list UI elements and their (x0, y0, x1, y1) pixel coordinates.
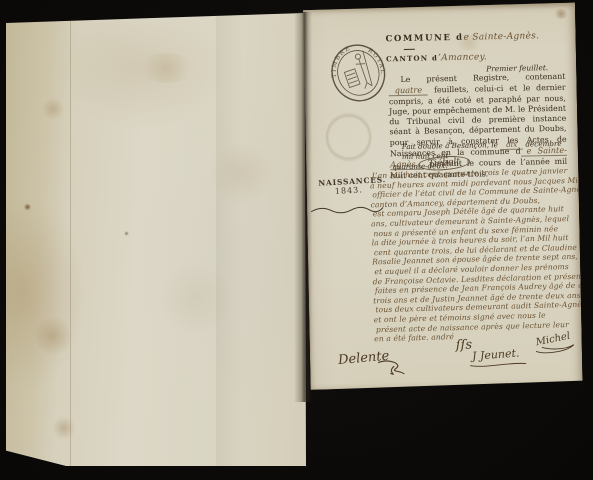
canton-header: CANTON d’Amancey. (386, 52, 487, 64)
stamp-text-timbre: TIMBRE (328, 44, 359, 79)
signature-jeunet-flourish-icon (468, 360, 528, 369)
preamble-part1: Le présent Registre, contenant (400, 72, 565, 84)
commune-label: COMMUNE d (386, 33, 464, 45)
left-blank-page (6, 13, 306, 466)
stain (206, 143, 276, 203)
book-gutter-shadow (294, 12, 312, 402)
canton-handwritten-value: ’Amancey. (438, 52, 487, 63)
stamp-figure-icon (340, 51, 375, 94)
signature-paraph: ſſs (456, 338, 473, 353)
stain (52, 417, 76, 439)
stain (553, 9, 569, 19)
canton-label: CANTON d (386, 53, 438, 63)
dateline-part1: Fait double à Besançon, le (402, 140, 498, 151)
ghost-stamp-stain (325, 111, 372, 164)
stain (36, 313, 70, 359)
stain (40, 99, 66, 119)
stain (156, 263, 236, 333)
stain (24, 203, 31, 211)
svg-text:TIMBRE: TIMBRE (328, 44, 359, 79)
scanned-register-photo: TIMBRE ROYAL COMMUNE de Sainte-Agnès. (0, 0, 593, 480)
stain (124, 231, 129, 236)
register-first-folio-page: TIMBRE ROYAL COMMUNE de Sainte-Agnès. (303, 3, 583, 390)
header-divider (404, 49, 415, 50)
signature-michel-flourish-icon (534, 343, 576, 356)
commune-handwritten-value: e Sainte-Agnès. (463, 31, 539, 43)
timbre-royal-stamp-icon: TIMBRE ROYAL (328, 40, 389, 105)
handwritten-birth-act: L’an Mil huit cent quarante trois le qua… (370, 166, 573, 344)
commune-header: COMMUNE de Sainte-Agnès. (386, 31, 540, 44)
day-handwritten: dix (500, 140, 523, 150)
stain (136, 53, 196, 83)
signature-delente-flourish-icon (376, 358, 406, 377)
feuillets-count-handwritten: quatre (389, 85, 429, 97)
